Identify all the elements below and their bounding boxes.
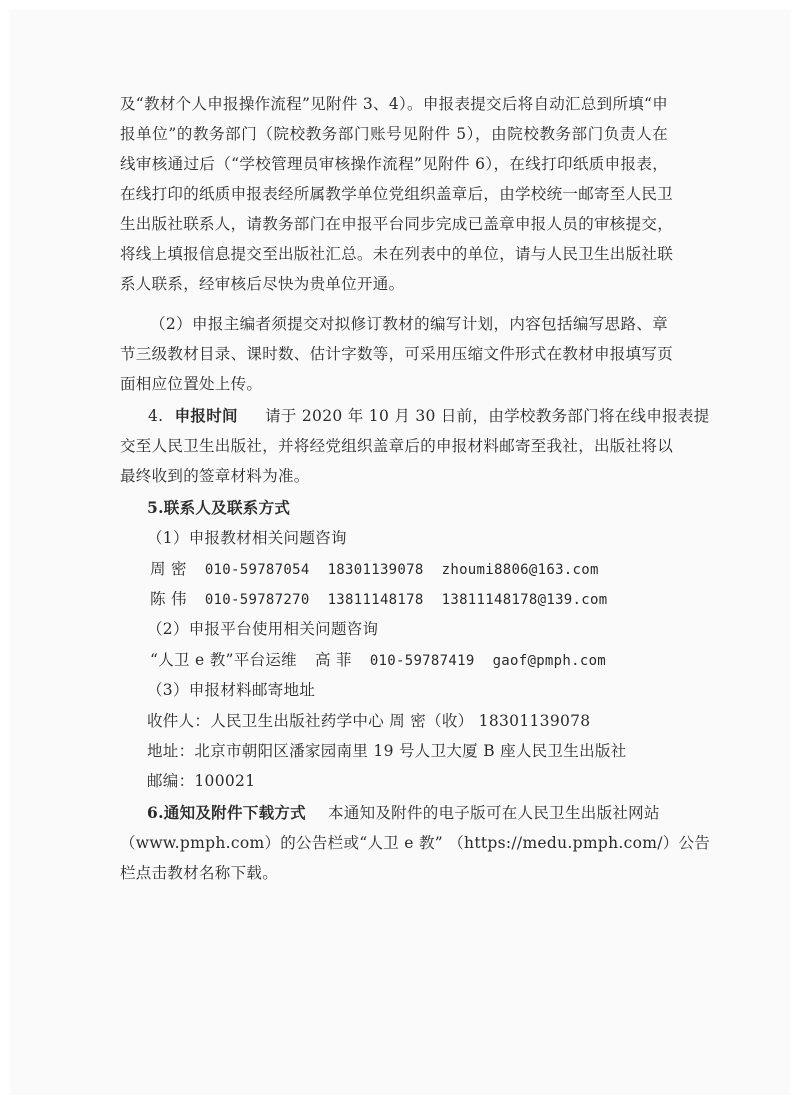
contact-mobile: 13811148178 [328, 592, 424, 608]
paragraph-line: 及“教材个人申报操作流程”见附件 3、4）。申报表提交后将自动汇总到所填“申 [120, 94, 668, 114]
contact-row: 周 密010-5978705418301139078zhoumi8806@163… [150, 559, 698, 580]
section-6-first-line: 6.通知及附件下载方式本通知及附件的电子版可在人民卫生出版社网站 [147, 803, 668, 823]
contact-name: 高 菲 [315, 651, 352, 669]
contact-email: gaof@pmph.com [493, 653, 606, 669]
contact-mobile: 18301139078 [328, 562, 424, 578]
sub-1-title: （1）申报教材相关问题咨询 [147, 528, 695, 548]
section-4-number: 4. [148, 407, 163, 425]
section-4-first-line: 4. 申报时间 请于 2020 年 10 月 30 日前，由学校教务部门将在线申… [148, 406, 668, 426]
section-6-heading: 6.通知及附件下载方式 [147, 803, 306, 822]
platform-role: “人卫 e 教”平台运维 [150, 651, 297, 669]
contact-phone: 010-59787419 [370, 653, 475, 669]
paragraph-line: 最终收到的签章材料为准。 [120, 466, 668, 486]
contact-row: 陈 伟010-597872701381114817813811148178@13… [150, 589, 698, 610]
contact-name: 周 密 [150, 560, 187, 578]
section-4-heading: 申报时间 [175, 406, 238, 425]
paragraph-line: 在线打印的纸质申报表经所属教学单位党组织盖章后，由学校统一邮寄至人民卫 [120, 184, 668, 204]
platform-contact-row: “人卫 e 教”平台运维高 菲010-59787419gaof@pmph.com [150, 650, 698, 671]
contact-phone: 010-59787270 [205, 592, 310, 608]
paragraph-line: （2）申报主编者须提交对拟修订教材的编写计划，内容包括编写思路、章 [150, 314, 668, 334]
sub-3-title: （3）申报材料邮寄地址 [147, 680, 695, 700]
contact-email: 13811148178@139.com [442, 592, 608, 608]
paragraph-line: （www.pmph.com）的公告栏或“人卫 e 教” （https://med… [120, 833, 668, 853]
paragraph-line: 系人联系，经审核后尽快为贵单位开通。 [120, 274, 668, 294]
contact-name: 陈 伟 [150, 590, 187, 608]
paragraph-line: 交至人民卫生出版社，并将经党组织盖章后的申报材料邮寄至我社，出版社将以 [120, 436, 668, 456]
sub-2-title: （2）申报平台使用相关问题咨询 [147, 619, 695, 639]
paragraph-line: 报单位”的教务部门（院校教务部门账号见附件 5），由院校教务部门负责人在 [120, 124, 668, 144]
contact-email: zhoumi8806@163.com [442, 562, 599, 578]
recipient-line: 收件人：人民卫生出版社药学中心 周 密（收） 18301139078 [147, 711, 695, 731]
paragraph-line: 栏点击教材名称下载。 [120, 863, 668, 883]
contact-phone: 010-59787054 [205, 562, 310, 578]
paragraph-line: 生出版社联系人，请教务部门在申报平台同步完成已盖章申报人员的审核提交， [120, 214, 668, 234]
section-4-text: 请于 2020 年 10 月 30 日前，由学校教务部门将在线申报表提 [265, 407, 709, 425]
paragraph-line: 线审核通过后（“学校管理员审核操作流程”见附件 6），在线打印纸质申报表， [120, 154, 668, 174]
section-5-heading: 5.联系人及联系方式 [147, 498, 695, 518]
paragraph-line: 节三级教材目录、课时数、估计字数等，可采用压缩文件形式在教材申报填写页 [120, 344, 668, 364]
section-6-text: 本通知及附件的电子版可在人民卫生出版社网站 [328, 804, 660, 822]
postcode-line: 邮编：100021 [147, 771, 695, 791]
paragraph-line: 面相应位置处上传。 [120, 374, 668, 394]
address-line: 地址：北京市朝阳区潘家园南里 19 号人卫大厦 B 座人民卫生出版社 [147, 741, 695, 761]
paragraph-line: 将线上填报信息提交至出版社汇总。未在列表中的单位，请与人民卫生出版社联 [120, 244, 668, 264]
